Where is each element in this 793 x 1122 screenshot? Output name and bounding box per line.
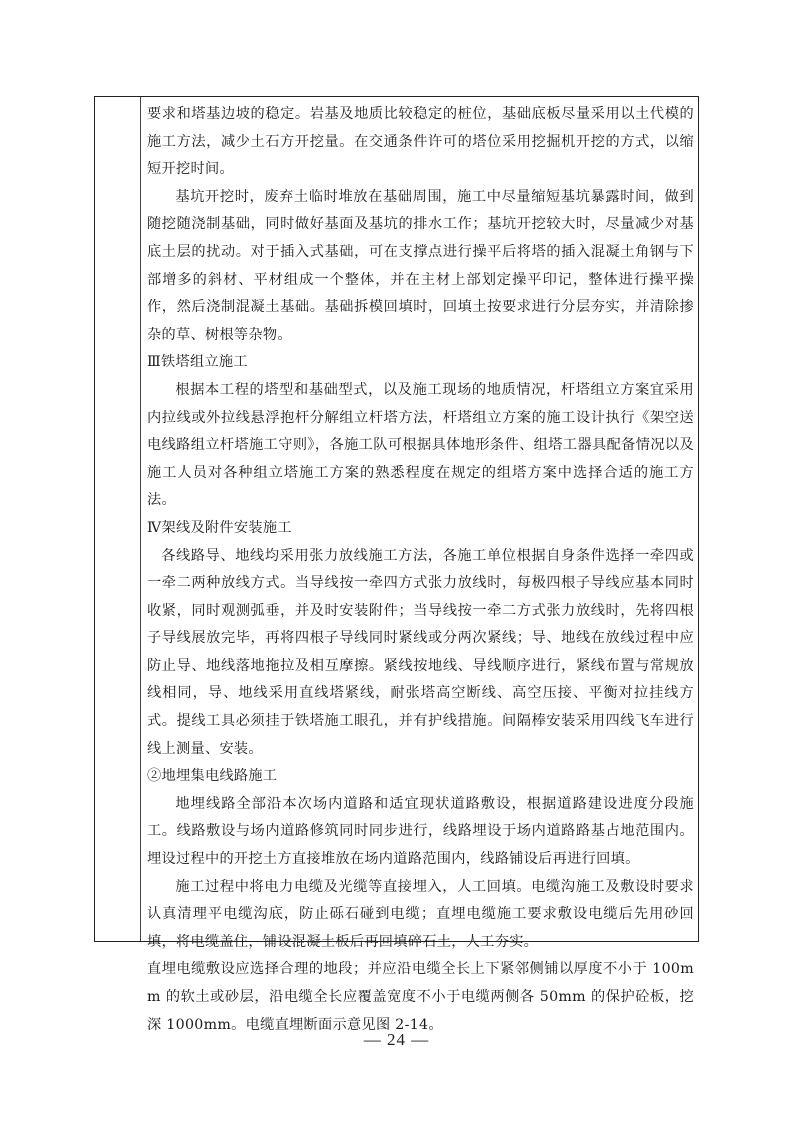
section-heading: Ⅲ铁塔组立施工 <box>147 349 694 377</box>
paragraph: 施工过程中将电力电缆及光缆等直接埋入，人工回填。电缆沟施工及敷设时要求认真清理平… <box>147 874 694 957</box>
paragraph: 基坑开挖时，废弃土临时堆放在基础周围，施工中尽量缩短基坑暴露时间，做到随挖随浇制… <box>147 184 694 350</box>
page-number: — 24 — <box>0 1030 793 1050</box>
paragraph: 各线路导、地线均采用张力放线施工方法，各施工单位根据自身条件选择一牵四或一牵二两… <box>147 543 694 764</box>
section-heading: ②地埋集电线路施工 <box>147 763 694 791</box>
table-content-cell: 要求和塔基边坡的稳定。岩基及地质比较稳定的桩位，基础底板尽量采用以土代模的施工方… <box>141 97 698 941</box>
paragraph: 根据本工程的塔型和基础型式，以及施工现场的地质情况，杆塔组立方案宜采用内拉线或外… <box>147 377 694 515</box>
content-table: 要求和塔基边坡的稳定。岩基及地质比较稳定的桩位，基础底板尽量采用以土代模的施工方… <box>94 96 699 942</box>
paragraph: 要求和塔基边坡的稳定。岩基及地质比较稳定的桩位，基础底板尽量采用以土代模的施工方… <box>147 101 694 184</box>
paragraph: 地埋线路全部沿本次场内道路和适宜现状道路敷设，根据道路建设进度分段施工。线路敷设… <box>147 791 694 874</box>
table-left-column <box>95 97 141 941</box>
section-heading: Ⅳ架线及附件安装施工 <box>147 515 694 543</box>
paragraph: 直埋电缆敷设应选择合理的地段；并应沿电缆全长上下紧邻侧铺以厚度不小于 100mm… <box>147 956 694 1039</box>
